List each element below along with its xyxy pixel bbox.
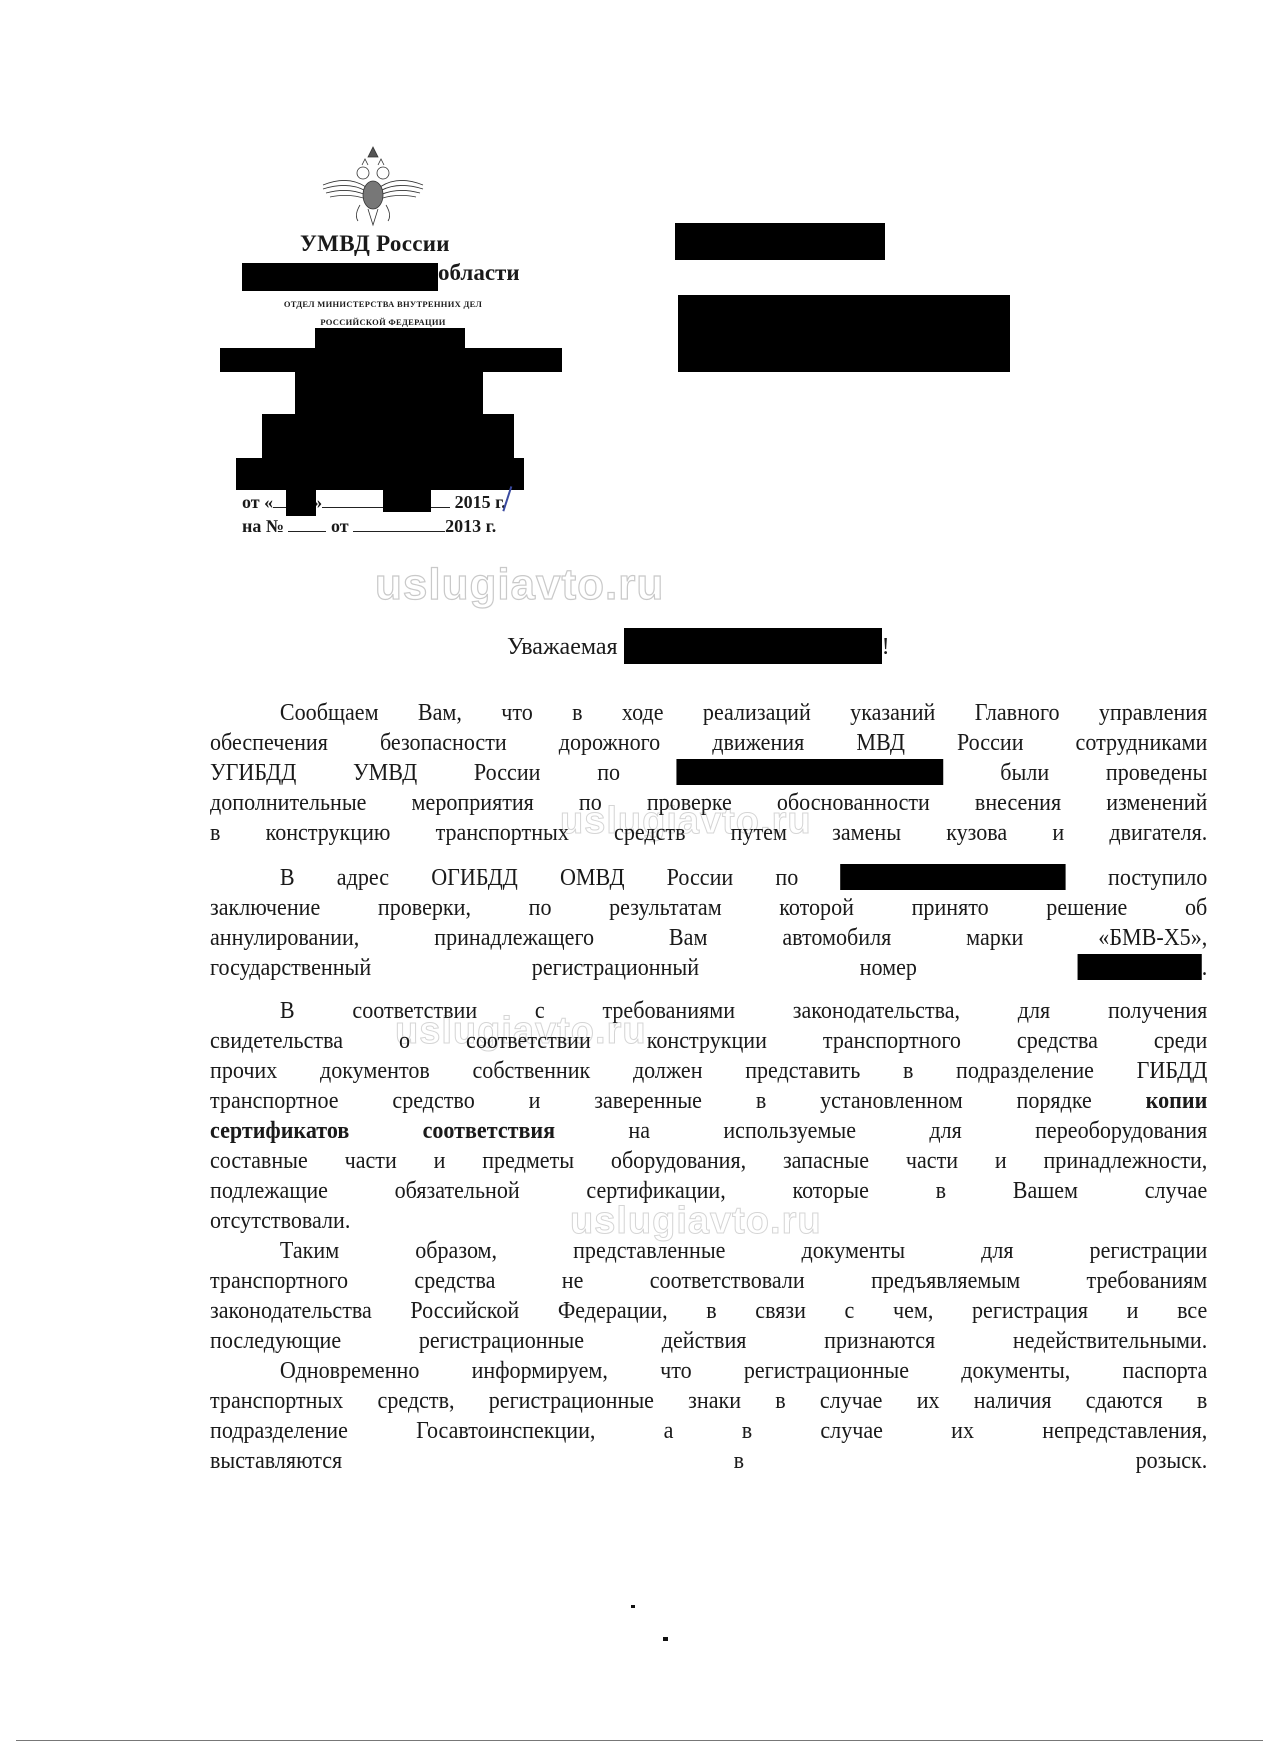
text-fragment: транспортное средство и заверенные в уст…: [210, 1088, 1092, 1114]
text-line: свидетельства о соответствии конструкции…: [210, 1026, 1207, 1056]
greeting-prefix: Уважаемая: [507, 634, 618, 660]
redacted-address: [295, 370, 483, 416]
redacted-address: [220, 348, 562, 372]
text-line: государственный регистрационный номер .: [210, 953, 1207, 983]
ref-no-blank: [288, 517, 326, 532]
text-line: последующие регистрационные действия при…: [210, 1326, 1207, 1356]
text-line: Таким образом, представленные документы …: [210, 1236, 1207, 1266]
pen-correction-mark: [502, 486, 525, 516]
redacted-addressee: [624, 628, 882, 664]
incoming-ref: на № от 2013 г.: [242, 516, 496, 537]
paragraph-3: В соответствии с требованиями законодате…: [210, 996, 1207, 1236]
outgoing-ref-date: от «» 2015 г.: [242, 492, 506, 513]
ref-no-year: 2013 г.: [445, 516, 496, 536]
paragraph-1: Сообщаем Вам, что в ходе реализаций указ…: [210, 698, 1207, 848]
org-dept-line1: ОТДЕЛ МИНИСТЕРСТВА ВНУТРЕННИХ ДЕЛ: [263, 295, 503, 313]
redacted-recipient-address: [678, 295, 1010, 372]
redacted-month: [383, 490, 431, 512]
text-fragment: .: [1202, 955, 1208, 981]
eagle-emblem-icon: [318, 145, 428, 227]
greeting: Уважаемая !: [507, 628, 890, 664]
ref-no-prefix: на №: [242, 516, 284, 536]
watermark: uslugiavto.ru: [375, 560, 664, 610]
text-fragment: государственный регистрационный номер: [210, 955, 917, 981]
scan-speck: [663, 1637, 668, 1641]
text-line: сертификатов соответствия на используемы…: [210, 1116, 1207, 1146]
paragraph-5: Одновременно информируем, что регистраци…: [210, 1356, 1207, 1476]
text-line: законодательства Российской Федерации, в…: [210, 1296, 1207, 1326]
ref-no-from: от: [331, 516, 349, 536]
redacted-address: [315, 328, 465, 350]
paragraph-2: В адрес ОГИБДД ОМВД России по поступило …: [210, 863, 1207, 983]
redacted-address: [262, 414, 514, 460]
org-region-suffix: области: [438, 260, 520, 286]
redacted-region-name: [242, 263, 438, 291]
text-line: в конструкцию транспортных средств путем…: [210, 818, 1207, 848]
text-line: заключение проверки, по результатам кото…: [210, 893, 1207, 923]
text-line: подразделение Госавтоинспекции, а в случ…: [210, 1416, 1207, 1446]
redacted-recipient-name: [675, 223, 885, 260]
redacted-region: [677, 759, 944, 785]
ref-date-prefix: от «: [242, 492, 273, 512]
text-line: Одновременно информируем, что регистраци…: [210, 1356, 1207, 1386]
text-line: отсутствовали.: [210, 1206, 1207, 1236]
bold-text: сертификатов соответствия: [210, 1118, 555, 1144]
page-edge-line: [16, 1740, 1263, 1741]
text-fragment: были проведены: [1000, 760, 1207, 786]
ref-no-date-blank: [353, 517, 445, 532]
text-line: транспортного средства не соответствовал…: [210, 1266, 1207, 1296]
text-line: В соответствии с требованиями законодате…: [210, 996, 1207, 1026]
ref-date-year: 2015 г.: [455, 492, 506, 512]
text-line: выставляются в розыск.: [210, 1446, 1207, 1476]
text-line: транспортное средство и заверенные в уст…: [210, 1086, 1207, 1116]
text-line: В адрес ОГИБДД ОМВД России по поступило: [210, 863, 1207, 893]
greeting-suffix: !: [882, 634, 890, 660]
text-line: аннулировании, принадлежащего Вам автомо…: [210, 923, 1207, 953]
text-line: прочих документов собственник должен пре…: [210, 1056, 1207, 1086]
text-line: Сообщаем Вам, что в ходе реализаций указ…: [210, 698, 1207, 728]
redacted-region: [840, 864, 1065, 890]
paragraph-4: Таким образом, представленные документы …: [210, 1236, 1207, 1356]
text-line: транспортных средств, регистрационные зн…: [210, 1386, 1207, 1416]
redacted-plate-number: [1078, 954, 1202, 980]
org-department: ОТДЕЛ МИНИСТЕРСТВА ВНУТРЕННИХ ДЕЛ РОССИЙ…: [263, 295, 503, 331]
text-fragment: поступило: [1108, 865, 1207, 891]
redacted-address: [236, 458, 524, 490]
text-line: обеспечения безопасности дорожного движе…: [210, 728, 1207, 758]
text-fragment: В адрес ОГИБДД ОМВД России по: [280, 865, 798, 891]
text-line: УГИБДД УМВД России по были проведены: [210, 758, 1207, 788]
text-line: дополнительные мероприятия по проверке о…: [210, 788, 1207, 818]
text-fragment: УГИБДД УМВД России по: [210, 760, 620, 786]
bold-text: копии: [1146, 1088, 1208, 1114]
text-line: подлежащие обязательной сертификации, ко…: [210, 1176, 1207, 1206]
text-line: составные части и предметы оборудования,…: [210, 1146, 1207, 1176]
redacted-day: [286, 490, 316, 516]
text-fragment: на используемые для переоборудования: [628, 1118, 1207, 1144]
scan-speck: [631, 1605, 635, 1608]
org-title: УМВД России: [300, 231, 480, 257]
